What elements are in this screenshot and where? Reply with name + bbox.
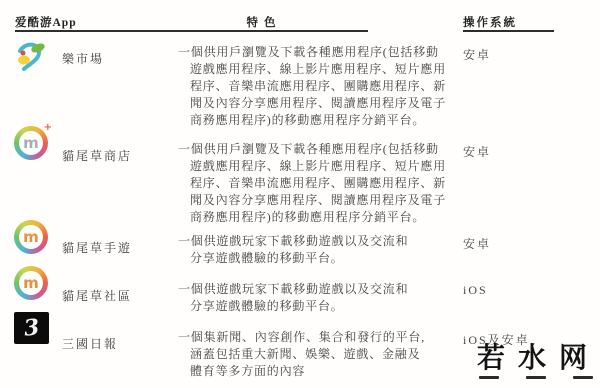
app-name: 樂市場 [62, 50, 104, 67]
app-name: 貓尾草商店 [62, 147, 132, 164]
maoweicao-community-app-icon: m [14, 266, 48, 300]
plus-badge-icon: + [44, 123, 52, 133]
app-os: 安卓 [463, 46, 491, 63]
app-name: 貓尾草社區 [62, 287, 132, 304]
app-feature-description: 一個供用戶瀏覽及下載各種應用程序(包括移動 遊戲應用程序、線上影片應用程序、短片… [178, 44, 490, 129]
header-rule-feature [160, 30, 368, 32]
header-rule-app [15, 30, 163, 32]
three-kingdoms-daily-app-icon: 3 [14, 312, 49, 344]
cat-m-glyph: m [23, 136, 39, 151]
app-feature-description: 一個供遊戲玩家下載移動遊戲以及交流和 分享遊戲體驗的移動平台。 [178, 281, 490, 315]
document-page: 爱酷游App 特色 操作系統 樂市場 一個供用戶瀏覽及下載各種應用程序(包括移動… [0, 0, 600, 388]
app-name: 三國日報 [62, 335, 118, 352]
column-header-os: 操作系統 [463, 14, 517, 30]
column-header-app: 爱酷游App [15, 14, 77, 30]
le-market-app-icon [14, 40, 48, 79]
watermark-subtext-mark [573, 376, 593, 379]
maoweicao-store-app-icon: m + [14, 126, 48, 160]
cursive-3-glyph: 3 [23, 316, 41, 339]
app-feature-description: 一個集新聞、內容創作、集合和發行的平台, 涵蓋包括重大新聞、娛樂、遊戲、金融及 … [178, 329, 490, 380]
watermark-subtext-mark [526, 376, 546, 379]
app-os: 安卓 [463, 143, 491, 160]
watermark: 若水网 [477, 343, 599, 379]
cat-m-glyph: m [23, 276, 39, 291]
app-os: iOS [463, 283, 488, 298]
maoweicao-games-app-icon: m [14, 220, 48, 254]
app-name: 貓尾草手遊 [62, 239, 132, 256]
watermark-text: 若水网 [477, 343, 599, 374]
column-header-feature: 特色 [160, 14, 368, 30]
app-feature-description: 一個供遊戲玩家下載移動遊戲以及交流和 分享遊戲體驗的移動平台。 [178, 233, 490, 267]
watermark-subtext-mark [479, 376, 499, 379]
watermark-subtext [477, 374, 599, 379]
header-rule-os [463, 30, 554, 32]
app-feature-description: 一個供用戶瀏覽及下載各種應用程序(包括移動 遊戲應用程序、線上影片應用程序、短片… [178, 141, 490, 226]
app-os: 安卓 [463, 235, 491, 252]
cat-m-glyph: m [23, 230, 39, 245]
